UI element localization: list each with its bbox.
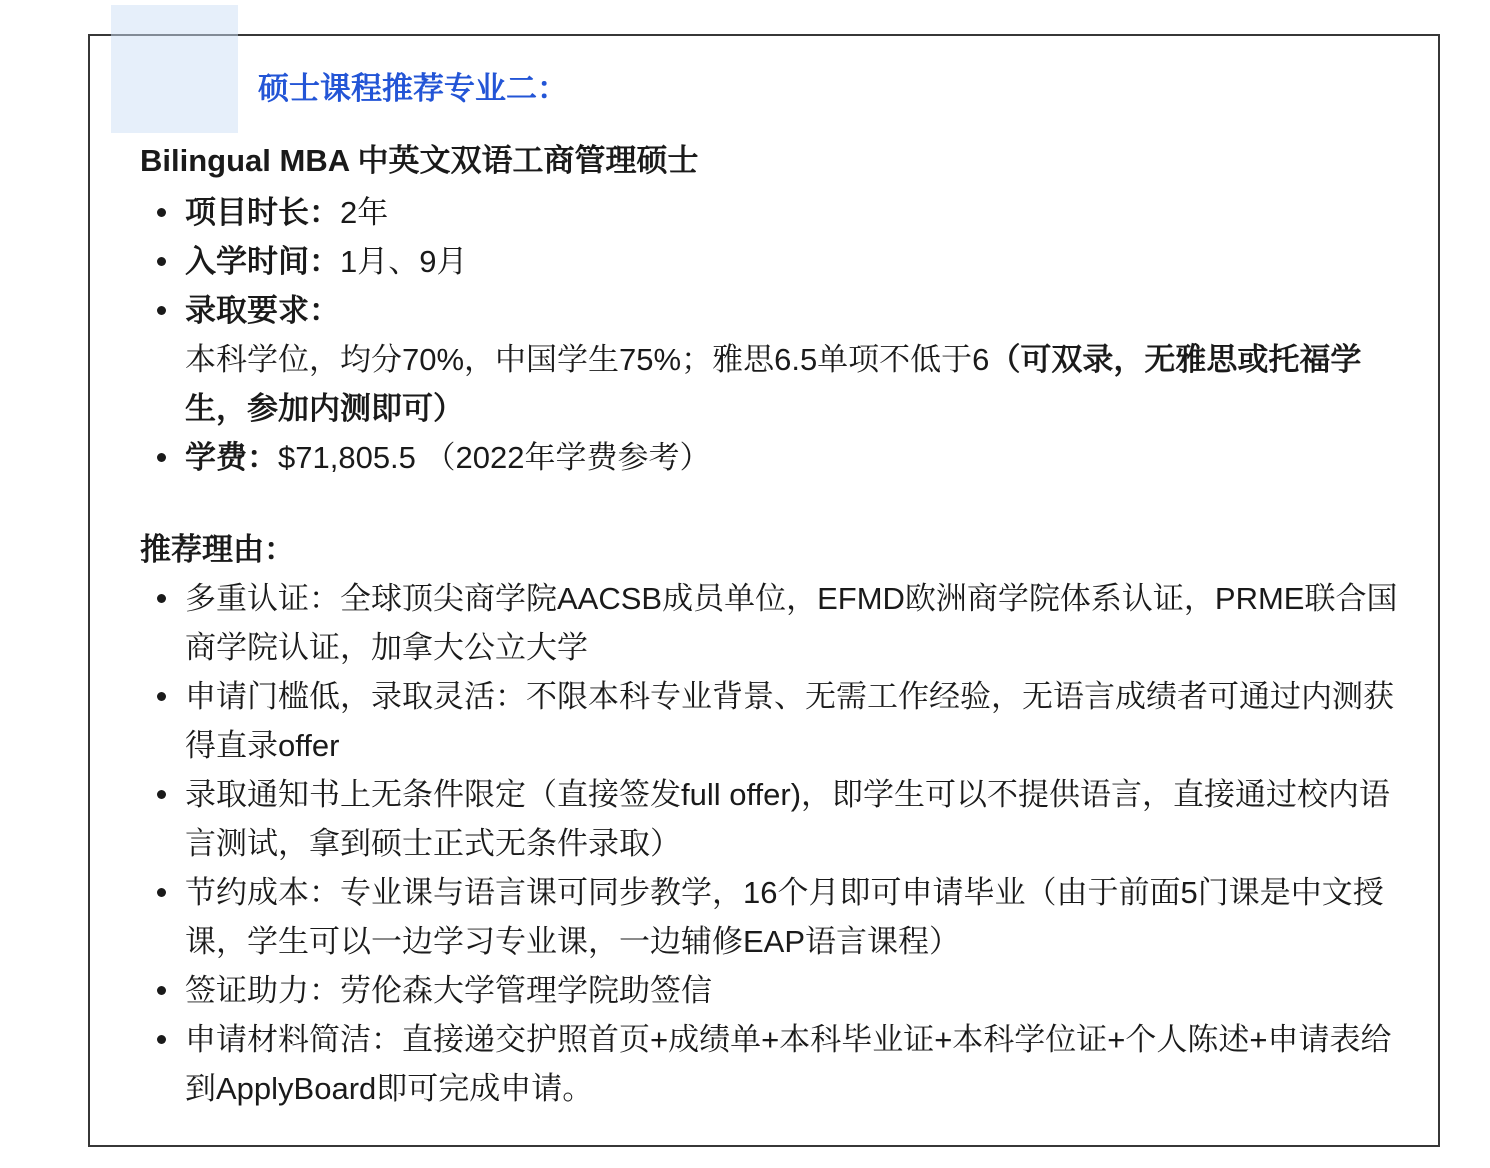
reason-item-low-threshold: 申请门槛低，录取灵活：不限本科专业背景、无需工作经验，无语言成绩者可通过内测获得… [185, 672, 1400, 770]
reason-item-cost-saving: 节约成本：专业课与语言课可同步教学，16个月即可申请毕业（由于前面5门课是中文授… [185, 868, 1400, 966]
detail-continuation: 本科学位，均分70%，中国学生75%；雅思6.5单项不低于6（可双录，无雅思或托… [185, 335, 1400, 433]
detail-value: 1月、9月 [340, 244, 467, 279]
detail-value: $71,805.5 （2022年学费参考） [278, 440, 711, 475]
reason-item-accreditation: 多重认证：全球顶尖商学院AACSB成员单位，EFMD欧洲商学院体系认证，PRME… [185, 574, 1400, 672]
detail-item-intake: 入学时间：1月、9月 [185, 237, 1400, 286]
reason-item-simple-materials: 申请材料简洁：直接递交护照首页+成绩单+本科毕业证+本科学位证+个人陈述+申请表… [185, 1015, 1400, 1113]
detail-item-admission: 录取要求： 本科学位，均分70%，中国学生75%；雅思6.5单项不低于6（可双录… [185, 286, 1400, 433]
content-box: 硕士课程推荐专业二： Bilingual MBA 中英文双语工商管理硕士 项目时… [88, 34, 1440, 1147]
reason-item-full-offer: 录取通知书上无条件限定（直接签发full offer)，即学生可以不提供语言，直… [185, 770, 1400, 868]
course-detail-list: 项目时长：2年 入学时间：1月、9月 录取要求： 本科学位，均分70%，中国学生… [140, 188, 1400, 482]
document-page: 硕士课程推荐专业二： Bilingual MBA 中英文双语工商管理硕士 项目时… [0, 0, 1490, 1168]
reasons-heading: 推荐理由： [140, 525, 1400, 574]
detail-label: 录取要求： [185, 293, 340, 328]
detail-item-duration: 项目时长：2年 [185, 188, 1400, 237]
course-heading: Bilingual MBA 中英文双语工商管理硕士 [140, 136, 1400, 185]
reason-list: 多重认证：全球顶尖商学院AACSB成员单位，EFMD欧洲商学院体系认证，PRME… [140, 574, 1400, 1113]
section-title: 硕士课程推荐专业二： [258, 64, 1400, 113]
detail-label: 项目时长： [185, 195, 340, 230]
reason-item-visa-support: 签证助力：劳伦森大学管理学院助签信 [185, 966, 1400, 1015]
detail-label: 入学时间： [185, 244, 340, 279]
detail-label: 学费： [185, 440, 278, 475]
detail-value: 本科学位，均分70%，中国学生75%；雅思6.5单项不低于6 [185, 342, 989, 377]
detail-item-tuition: 学费：$71,805.5 （2022年学费参考） [185, 433, 1400, 482]
detail-value: 2年 [340, 195, 388, 230]
